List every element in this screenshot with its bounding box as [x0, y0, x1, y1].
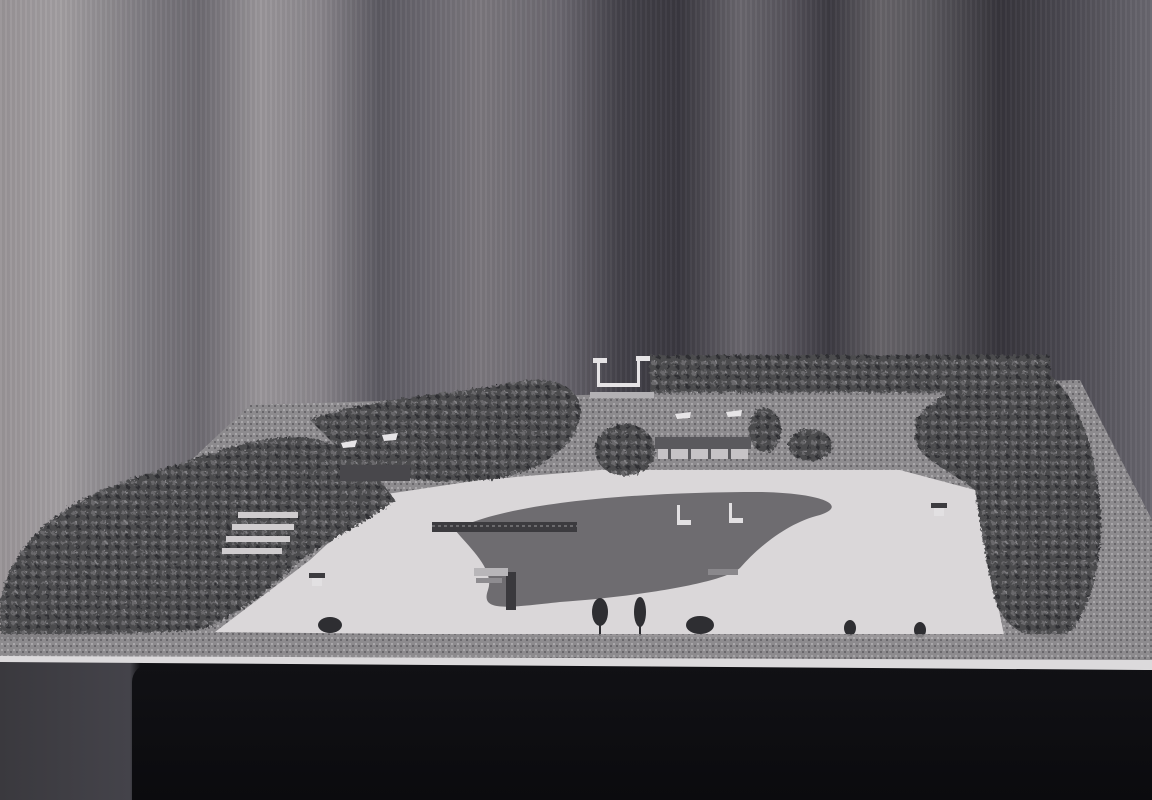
pavilion-building [655, 437, 751, 459]
landscape-model [0, 0, 1152, 800]
front-gravel-strip [0, 634, 1152, 654]
pond-platform [708, 569, 738, 575]
entrance-gate [590, 356, 654, 398]
watermark-text [940, 758, 1130, 788]
pier [432, 522, 577, 532]
model-photograph [0, 0, 1152, 800]
left-building [340, 465, 410, 481]
